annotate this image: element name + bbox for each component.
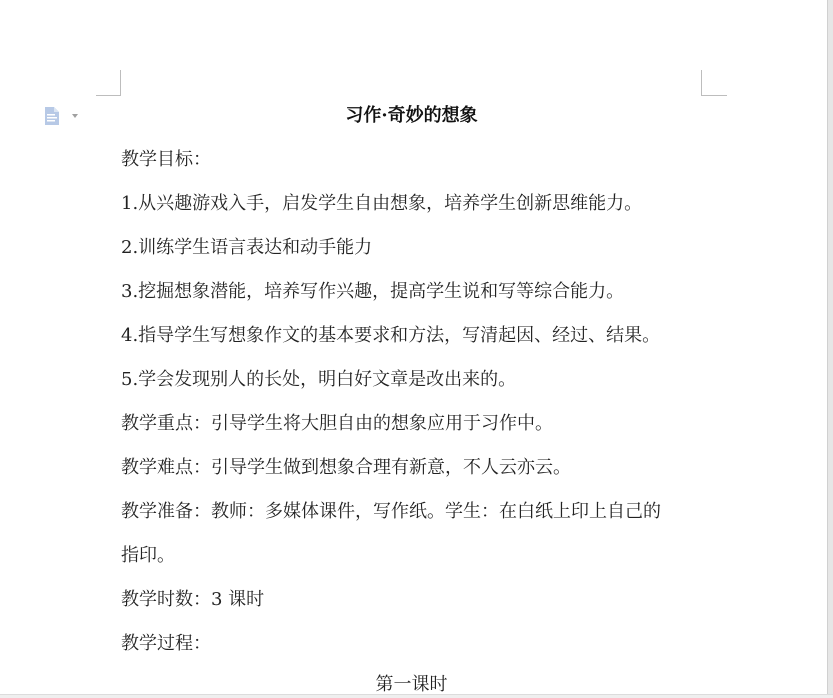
margin-corner-top-right (701, 70, 727, 96)
margin-corner-top-left (96, 70, 121, 96)
document-title: 习作·奇妙的想象 (121, 103, 702, 129)
paragraph-class-hours: 教学时数：3 课时 (121, 587, 711, 631)
paragraph-difficulty: 教学难点：引导学生做到想象合理有新意，不人云亦云。 (121, 455, 711, 499)
paragraph-objectives-heading: 教学目标： (121, 147, 711, 191)
paragraph-preparation-cont: 指印。 (121, 543, 711, 587)
paragraph-objective-1: 1.从兴趣游戏入手，启发学生自由想象，培养学生创新思维能力。 (121, 191, 711, 235)
paragraph-key-point: 教学重点：引导学生将大胆自由的想象应用于习作中。 (121, 411, 711, 455)
paragraph-process-heading: 教学过程： (121, 631, 711, 675)
paragraph-objective-3: 3.挖掘想象潜能，培养写作兴趣，提高学生说和写等综合能力。 (121, 279, 711, 323)
document-icon (45, 107, 59, 125)
paragraph-objective-4: 4.指导学生写想象作文的基本要求和方法，写清起因、经过、结果。 (121, 323, 711, 367)
paragraph-objective-2: 2.训练学生语言表达和动手能力 (121, 235, 711, 279)
vertical-scrollbar[interactable] (827, 0, 833, 698)
bottom-border (0, 694, 833, 698)
paste-options-button[interactable] (45, 105, 85, 127)
paragraph-preparation: 教学准备：教师：多媒体课件，写作纸。学生：在白纸上印上自己的 (121, 499, 711, 543)
document-body[interactable]: 教学目标： 1.从兴趣游戏入手，启发学生自由想象，培养学生创新思维能力。 2.训… (121, 147, 711, 675)
chevron-down-icon[interactable] (72, 114, 78, 118)
paragraph-objective-5: 5.学会发现别人的长处，明白好文章是改出来的。 (121, 367, 711, 411)
document-page[interactable]: 习作·奇妙的想象 教学目标： 1.从兴趣游戏入手，启发学生自由想象，培养学生创新… (0, 0, 827, 694)
